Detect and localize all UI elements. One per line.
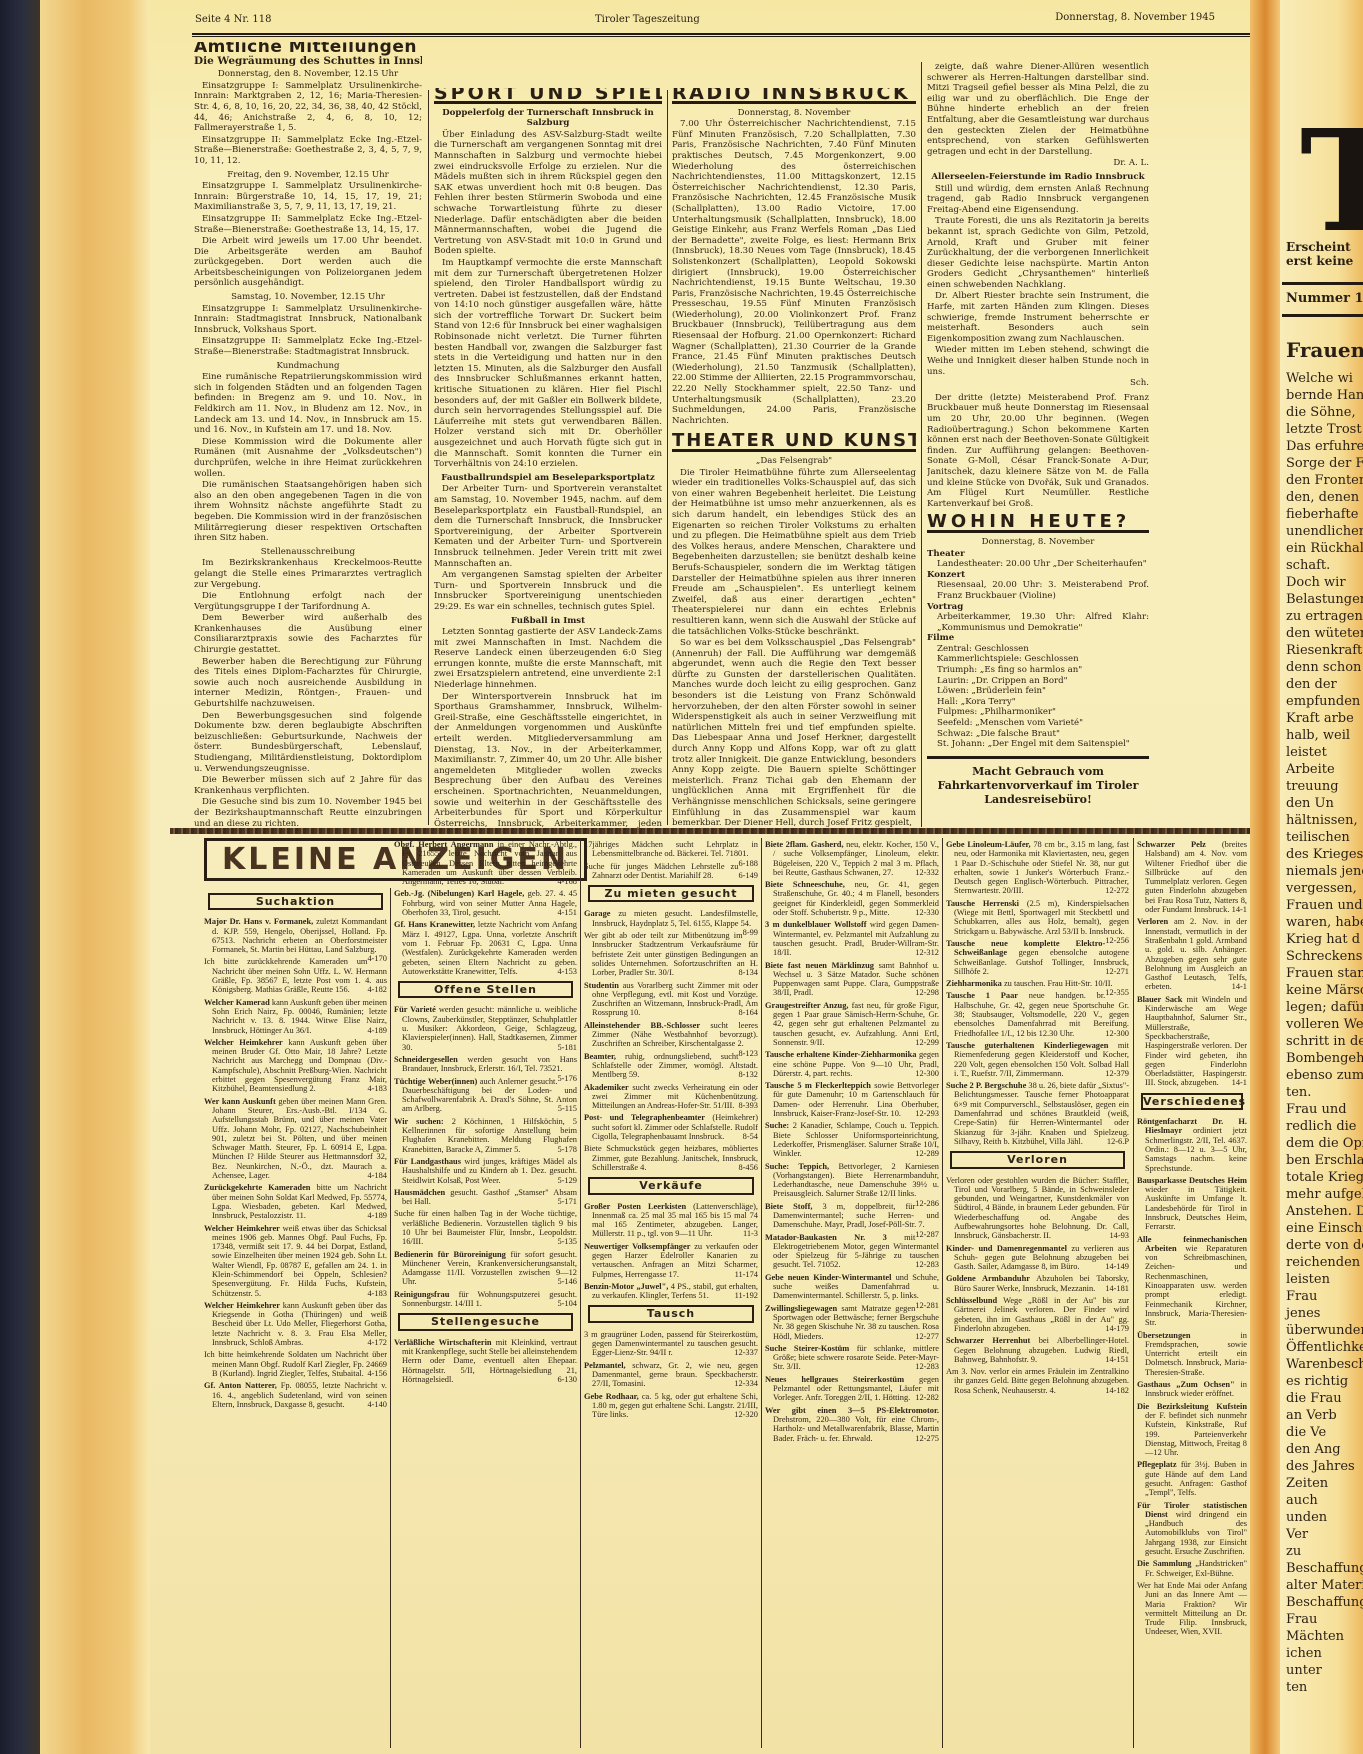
next-page-line: reichenden	[1286, 1256, 1360, 1270]
next-page-line: des Jahres	[1286, 1460, 1355, 1474]
ad-keyword: Zurückgekehrte Kameraden	[204, 1183, 310, 1192]
next-page-line: leisten	[1286, 1273, 1330, 1287]
next-page-line: Ver	[1286, 1528, 1308, 1542]
ad-keyword: Akademiker	[584, 1083, 629, 1092]
allerseelen-paragraph: Traute Foresti, die uns als Rezitatorin …	[927, 216, 1149, 290]
classified-ad: Obgf. Herbert Angermann in einer Nachr.-…	[394, 840, 577, 886]
ad-code: 5-135	[557, 1237, 577, 1246]
ad-keyword: Suche:	[765, 1121, 789, 1130]
classified-ad: Kinder- und Damenregenmantel zu verliere…	[946, 1244, 1129, 1272]
next-page-edge: T Erscheint erst keine Nummer 1 Frauen W…	[1280, 0, 1363, 1754]
wohin-date: Donnerstag, 8. November	[927, 537, 1149, 548]
classified-ad: Suche für junges Mädchen Lehrstelle zu Z…	[584, 862, 758, 881]
ad-code: 4-182	[367, 985, 387, 994]
classified-ad: Suche Steirer-Kostüm für schlanke, mittl…	[765, 1344, 939, 1372]
classified-ad: Biete Schmuckstück gegen heizbares, möbl…	[584, 1144, 758, 1172]
classified-category: Verschiedenes	[1141, 1093, 1243, 1110]
classified-ad: Tausche erhaltene Kinder-Ziehharmonika g…	[765, 1050, 939, 1078]
page-number: Seite 4 Nr. 118	[195, 14, 272, 25]
ad-code: 12-355	[1105, 988, 1129, 997]
next-page-line: redlich die	[1286, 1120, 1357, 1134]
ad-keyword: Post- und Telegraphenbeamter	[584, 1113, 705, 1122]
issue-number: Nummer 1	[1286, 292, 1363, 306]
ad-keyword: Benzin-Motor „Juwel",	[584, 1282, 668, 1291]
next-page-line: Belastungen	[1286, 593, 1363, 607]
article-headline: Doppelerfolg der Turnerschaft Innsbruck …	[434, 108, 662, 129]
wohin-listings: TheaterLandestheater: 20.00 Uhr „Der Sch…	[927, 549, 1149, 750]
ad-code: 12-286	[915, 1199, 939, 1208]
next-page-line: halb, weil	[1286, 729, 1350, 743]
ad-text: zu mieten gesucht. Landesfilmstelle, Inn…	[592, 909, 758, 927]
next-page-line: volleren We	[1286, 1018, 1363, 1032]
book-binding	[0, 0, 40, 1754]
ad-code: 12-275	[915, 1434, 939, 1443]
classified-ad: Neuwertiger Volksempfänger zu verkaufen …	[584, 1242, 758, 1279]
ad-keyword: Gf. Hans Kranewitter,	[394, 920, 475, 929]
ad-text: Am 3. Nov. verlor ein armes Fräulein im …	[946, 1367, 1129, 1395]
ad-keyword: Verläßliche Wirtschafterin	[394, 1338, 492, 1347]
ad-code: 12-281	[915, 1301, 939, 1310]
ad-keyword: Welcher Heimkehrer	[204, 1224, 280, 1233]
classified-ad: Verläßliche Wirtschafterin mit Kleinkind…	[394, 1338, 577, 1384]
classified-ad: Goldene Armbanduhr Abzuholen bei Taborsk…	[946, 1274, 1129, 1293]
next-page-line: Frau	[1286, 1290, 1317, 1304]
masthead-rule	[1282, 314, 1363, 317]
classifieds-column: 17jähriges Mädchen sucht Lehrplatz in Le…	[584, 840, 758, 1748]
ad-keyword: Neues hellgraues Steirerkostüm	[765, 1375, 904, 1384]
classified-ad: Für Tiroler statistischen Dienst wird dr…	[1137, 1501, 1247, 1557]
paragraph: Der Arbeiter Turn- und Sportverein veran…	[434, 484, 662, 569]
ad-keyword: Gf. Anton Natterer,	[204, 1381, 277, 1390]
ad-keyword: Welcher Heimkehrer	[204, 1301, 280, 1310]
classified-ad: Gebe neuen Kinder-Wintermantel und Schuh…	[765, 1273, 939, 1301]
ad-keyword: Für Varieté	[394, 1005, 436, 1014]
ad-text: kann Auskunft geben über meinen Bruder G…	[212, 1038, 387, 1093]
next-page-line: Anstehen. Di	[1286, 1205, 1363, 1219]
classified-ad: Geb.-Jg. (Nibelungen) Karl Hagele, geb. …	[394, 889, 577, 917]
classified-category: Verkäufe	[588, 1177, 754, 1194]
next-page-line: Welche wi	[1286, 372, 1353, 386]
ad-code: 4-189	[367, 1026, 387, 1035]
ad-code: 14-93	[1109, 1231, 1129, 1240]
amtliche-mitteilungen-column: Amtliche Mitteilungen Die Wegräumung des…	[194, 42, 422, 827]
next-page-line: zu ertragen	[1286, 610, 1363, 624]
ad-code: 14-149	[1105, 1262, 1129, 1271]
page-gutter	[40, 0, 150, 1754]
classified-ad: Alle feinmechanischen Arbeiten wie Repar…	[1137, 1235, 1247, 1328]
sport-column: SPORT UND SPIEL Doppelerfolg der Turners…	[434, 88, 662, 828]
next-page-line: unter	[1286, 1664, 1322, 1678]
classified-ad: Akademiker sucht zwecks Verheiratung ein…	[584, 1083, 758, 1111]
classified-category: Suchaktion	[208, 893, 383, 910]
paragraph: Am vergangenen Samstag spielten der Arbe…	[434, 570, 662, 612]
classified-ad: Tausche 1 Paar neue handgen. br. Halbsch…	[946, 991, 1129, 1037]
classified-category: Offene Stellen	[398, 981, 573, 998]
classified-ad: 3 m graugrüner Loden, passend für Steire…	[584, 1330, 758, 1358]
classifieds-column: Schwarzer Pelz (breites Halsband) am 4. …	[1137, 840, 1247, 1748]
paragraph: Im Hauptkampf vermochte die erste Mannsc…	[434, 258, 662, 470]
next-page-line: waren, haben	[1286, 916, 1363, 930]
next-page-line: den, denen	[1286, 491, 1359, 505]
ad-code: 4-140	[367, 1400, 387, 1409]
ad-code: 4-168	[557, 877, 577, 886]
ad-code: 12-6.P	[1107, 1137, 1129, 1146]
ad-keyword: Gebe Linoleum-Läufer,	[946, 840, 1031, 849]
classified-ad: Wer kann Auskunft geben über meinen Mann…	[204, 1097, 387, 1181]
next-page-line: fieberhafte	[1286, 508, 1358, 522]
ad-keyword: Tausche Herrenski	[946, 899, 1019, 908]
classified-ad: Studentin aus Vorarlberg sucht Zimmer mi…	[584, 981, 758, 1018]
ad-keyword: Reinigungsfrau	[394, 1290, 449, 1299]
next-page-line: totale Krieg	[1286, 1171, 1363, 1185]
ad-code: 12-283	[915, 1362, 939, 1371]
ad-keyword: Wer gibt einen 3—5 PS-Elektromotor.	[765, 1406, 939, 1415]
classified-ad: Garage zu mieten gesucht. Landesfilmstel…	[584, 909, 758, 928]
next-page-line: den der	[1286, 678, 1337, 692]
travel-agency-promo: Macht Gebrauch vom Fahrkartenvorverkauf …	[927, 756, 1149, 807]
classifieds-column: SuchaktionMajor Dr. Hans v. Formanek, zu…	[204, 888, 387, 1748]
classified-ad: Biete Stoff, 3 m, doppelbreit, für Damen…	[765, 1202, 939, 1230]
ad-keyword: Gasthaus „Zum Ochsen"	[1137, 1380, 1235, 1389]
ad-keyword: Suche Steirer-Kostüm	[765, 1344, 849, 1353]
ad-code: 4-156	[367, 1369, 387, 1378]
sport-body: Doppelerfolg der Turnerschaft Innsbruck …	[434, 108, 662, 828]
listing-item: Seefeld: „Menschen vom Varieté"	[927, 718, 1149, 729]
classified-ad: Verloren oder gestohlen wurden die Büche…	[946, 1176, 1129, 1241]
masthead-rule	[1282, 282, 1363, 285]
ad-code: 12-256	[1105, 936, 1129, 945]
column-rule	[390, 888, 391, 1748]
author-signature: Dr. A. L.	[927, 158, 1149, 169]
ad-code: 6-149	[738, 871, 758, 880]
classified-ad: Tausche neue komplette Elektro-Schweißan…	[946, 939, 1129, 976]
next-page-line: eine Einschr	[1286, 1222, 1363, 1236]
subheading: Samstag, 10. November, 12.15 Uhr	[194, 292, 422, 303]
ad-keyword: Tausche guterhaltenen Kinderliegewagen	[946, 1041, 1108, 1050]
next-page-line: zu	[1286, 1545, 1301, 1559]
section-title-amtliche: Amtliche Mitteilungen	[194, 42, 422, 53]
ad-keyword: Zwillingsliegewagen	[765, 1304, 837, 1313]
ad-text: wieder in Tätigkeit. Auskünfte im Umfang…	[1145, 1185, 1247, 1231]
next-page-line: dem die Opf	[1286, 1137, 1363, 1151]
classified-category: Stellengesuche	[398, 1313, 573, 1330]
next-page-line: Sorge der Fr	[1286, 457, 1363, 471]
ad-code: 12-289	[915, 1149, 939, 1158]
ad-code: 4-183	[367, 1084, 387, 1093]
subheading: Stellenausschreibung	[194, 547, 422, 558]
next-page-line: des Krieges	[1286, 848, 1363, 862]
paragraph: Eine rumänische Repatriierungskommission…	[194, 372, 422, 436]
ad-keyword: Studentin	[584, 981, 619, 990]
ad-code: 12-330	[915, 908, 939, 917]
classified-ad: Wir suchen: 2 Köchinnen, 1 Hilfsköchin, …	[394, 1117, 577, 1154]
ad-keyword: Graugestreifter Anzug,	[765, 1001, 849, 1010]
classified-ad: Gf. Anton Natterer, Fp. 08055, letzte Na…	[204, 1381, 387, 1409]
next-page-line: letzte Trost	[1286, 423, 1362, 437]
classified-ad: Wer gibt ab oder teilt zur Mitbenützung …	[584, 931, 758, 977]
ad-keyword: Hausmädchen	[394, 1188, 445, 1197]
next-page-line: vergessen,	[1286, 882, 1357, 896]
paragraph: Die Bewerber müssen sich auf 2 Jahre für…	[194, 775, 422, 796]
masthead-note: erst keine	[1286, 254, 1353, 268]
ad-code: 4-189	[367, 1211, 387, 1220]
paragraph: Einsatzgruppe I. Sammelplatz Ursulinenki…	[194, 181, 422, 213]
ad-code: 12-283	[915, 1260, 939, 1269]
next-page-line: den Ang	[1286, 1443, 1341, 1457]
next-page-line: derte von de	[1286, 1239, 1363, 1253]
ad-keyword: Die Bezirksleitung Kufstein	[1137, 1402, 1247, 1411]
ad-keyword: 3 m dunkelblauer Wollstoff	[765, 920, 867, 929]
ad-code: 5-104	[557, 1299, 577, 1308]
listing-item: Schwaz: „Die falsche Braut"	[927, 729, 1149, 740]
next-page-line: Zeiten	[1286, 1477, 1328, 1491]
classified-ad: Neues hellgraues Steirerkostüm gegen Pel…	[765, 1375, 939, 1403]
classified-category: Zu mieten gesucht	[588, 885, 754, 902]
paragraph: Einsatzgruppe II: Sammelplatz Ecke Ing.-…	[194, 135, 422, 167]
classified-ad: Am 3. Nov. verlor ein armes Fräulein im …	[946, 1367, 1129, 1395]
listing-item: Hall: „Kora Terry"	[927, 697, 1149, 708]
ad-keyword: Tausche 1 Paar	[946, 991, 1018, 1000]
next-page-line: Frau	[1286, 1613, 1317, 1627]
classified-ad: Tüchtige Weber(innen) auch Anlerner gesu…	[394, 1077, 577, 1114]
ad-code: 4-170	[367, 954, 387, 963]
ad-keyword: Obgf. Herbert Angermann	[394, 840, 494, 849]
paragraph: Einsatzgruppe I: Sammelplatz Ursulinenki…	[194, 304, 422, 336]
ad-code: 12-300	[1105, 1029, 1129, 1038]
classified-ad: Biete fast neuen Märklinzug samt Bahnhof…	[765, 961, 939, 998]
paragraph: Im Bezirkskrankenhaus Kreckelmoos-Reutte…	[194, 558, 422, 590]
next-page-line: Warenbeschaff	[1286, 1358, 1363, 1372]
ad-code: 12-277	[915, 1332, 939, 1341]
classified-ad: Bausparkasse Deutsches Heim wieder in Tä…	[1137, 1176, 1247, 1232]
classified-ad: Röntgenfacharzt Dr. H. Hieslmayr ordinie…	[1137, 1117, 1247, 1173]
ad-keyword: Gebe neuen Kinder-Wintermantel	[765, 1273, 891, 1282]
listing-item: Arbeiterkammer, 19.30 Uhr: Alfred Klahr:…	[927, 612, 1149, 633]
radio-theater-column: RADIO INNSBRUCK Donnerstag, 8. November …	[672, 88, 916, 828]
paragraph: Bewerber haben die Berechtigung zur Führ…	[194, 657, 422, 710]
classified-ad: Ich bitte heimkehrende Soldaten um Nachr…	[204, 1350, 387, 1378]
ad-code: 5-129	[557, 1176, 577, 1185]
allerseelen-paragraph: Wieder mitten im Leben stehend, schwingt…	[927, 345, 1149, 377]
article-headline-allerseelen: Allerseelen-Feierstunde im Radio Innsbru…	[927, 172, 1149, 183]
classified-ad: Übersetzungen in Fremdsprachen, sowie Un…	[1137, 1331, 1247, 1377]
ad-code: 12-287	[915, 1230, 939, 1239]
next-page-line: unendlichen	[1286, 525, 1363, 539]
classified-ad: Biete Schneeschuhe, neu, Gr. 41, gegen S…	[765, 880, 939, 917]
author-signature: Sch.	[927, 378, 1149, 389]
ad-text: (breites Halsband) am 4. Nov. vom Wilten…	[1145, 840, 1247, 914]
paragraph: Die rumänischen Staatsangehörigen haben …	[194, 480, 422, 544]
classified-ad: Matador-Baukasten Nr. 3 mit Elektrogetri…	[765, 1233, 939, 1270]
ad-text: Suche für junges Mädchen Lehrstelle zu Z…	[584, 862, 738, 880]
classified-ad: 17jähriges Mädchen sucht Lehrplatz in Le…	[584, 840, 758, 859]
ad-text: Wer hat Ende Mai oder Anfang Juni an das…	[1137, 1581, 1247, 1636]
next-page-line: Schreckens	[1286, 950, 1362, 964]
next-page-line: empfunden	[1286, 695, 1360, 709]
ad-keyword: Biete fast neuen Märklinzug	[765, 961, 874, 970]
classified-ad: Welcher Heimkehrer kann Auskunft geben ü…	[204, 1038, 387, 1094]
ad-text: letzte Nachricht vom Anfang März I. 4912…	[402, 920, 577, 975]
classified-ad: Welcher Kamerad kann Auskunft geben über…	[204, 998, 387, 1035]
paragraph: Einsatzgruppe I: Sammelplatz Ursulinenki…	[194, 81, 422, 134]
ad-code: 12-379	[1105, 1069, 1129, 1078]
classified-ad: Zurückgekehrte Kameraden bitte um Nachri…	[204, 1183, 387, 1220]
listing-item: Fulpmes: „Philharmoniker"	[927, 707, 1149, 718]
ad-keyword: Verloren	[1137, 917, 1168, 926]
section-title-wohin: WOHIN HEUTE?	[927, 517, 1149, 533]
column-rule	[1133, 838, 1134, 1748]
radio-program: 7.00 Uhr Österreichischer Nachrichtendie…	[672, 119, 916, 426]
ad-code: 14-179	[1105, 1324, 1129, 1333]
theater-paragraph: Die Tiroler Heimatbühne führte zum Aller…	[672, 468, 916, 638]
article-headline-schutt: Die Wegräumung des Schuttes in Innsbruck	[194, 56, 422, 67]
ad-code: 12-334	[734, 1379, 758, 1388]
ad-keyword: Suche 2 P. Bergschuhe	[946, 1081, 1026, 1090]
section-title-theater: THEATER UND KUNST	[672, 436, 916, 452]
ad-text: der F. befindet sich nunmehr Kufstein, K…	[1145, 1411, 1247, 1457]
classified-ad: Benzin-Motor „Juwel", 4 PS., stabil, gut…	[584, 1282, 758, 1301]
classified-ad: Die Bezirksleitung Kufstein der F. befin…	[1137, 1402, 1247, 1458]
ad-keyword: Bausparkasse Deutsches Heim	[1137, 1176, 1247, 1185]
classified-ad: Graugestreifter Anzug, fast neu, für gro…	[765, 1001, 939, 1047]
paragraph: Einsatzgruppe II: Sammelplatz Ecke Ing.-…	[194, 336, 422, 357]
ad-keyword: Biete 2flam. Gasherd,	[765, 840, 844, 849]
subheading: Donnerstag, den 8. November, 12.15 Uhr	[194, 69, 422, 80]
newspaper-name: Tiroler Tageszeitung	[595, 14, 700, 25]
classified-ad: Post- und Telegraphenbeamter (Heimkehrer…	[584, 1113, 758, 1141]
allerseelen-paragraph: Still und würdig, dem ernsten Anlaß Rech…	[927, 184, 1149, 216]
column-rule	[761, 838, 762, 1748]
ad-keyword: Tüchtige Weber(innen)	[394, 1077, 477, 1086]
ad-text: Suche für einen halben Tag in der Woche …	[394, 1209, 577, 1246]
ad-code: 4-183	[367, 1289, 387, 1298]
ad-code: 12-332	[915, 868, 939, 877]
ad-code: 12-272	[1105, 886, 1129, 895]
paragraph: Die Arbeit wird jeweils um 17.00 Uhr bee…	[194, 236, 422, 289]
section-title-sport: SPORT UND SPIEL	[434, 88, 662, 104]
classified-ad: Suche 2 P. Bergschuhe 38 u. 26, biete da…	[946, 1081, 1129, 1146]
theater-paragraph: So war es bei dem Volksschauspiel „Das F…	[672, 638, 916, 828]
ad-keyword: Bedienerin für Büroreinigung	[394, 1250, 506, 1259]
classified-ad: Suche: 2 Kanadier, Schlampe, Couch u. Te…	[765, 1121, 939, 1158]
ad-code: 5-176	[557, 1074, 577, 1083]
ad-code: 8-123	[738, 1049, 758, 1058]
ad-keyword: Übersetzungen	[1137, 1331, 1191, 1340]
ad-keyword: Welcher Heimkehrer	[204, 1038, 283, 1047]
classified-ad: Beamter, ruhig, ordnungsliebend, sucht S…	[584, 1052, 758, 1080]
next-page-line: niemals jene	[1286, 865, 1363, 879]
ad-keyword: Schwarzer Herrenhut	[946, 1336, 1030, 1345]
classified-ad: Für Varieté werden gesucht: männliche u.…	[394, 1005, 577, 1051]
next-headline: Frauen	[1286, 338, 1363, 362]
ad-code: 12-271	[1105, 967, 1129, 976]
ad-code: 12-300	[915, 1069, 939, 1078]
ad-code: 12-282	[915, 1393, 939, 1402]
next-page-line: Arbeite	[1286, 763, 1335, 777]
ad-text: 78 cm br., 3.15 m lang, fast neu, oder H…	[954, 840, 1129, 895]
ad-text: wie Reparaturen von Schreibmaschinen, Ze…	[1145, 1244, 1247, 1327]
subheading: Kundmachung	[194, 361, 422, 372]
next-page-line: schritt in de	[1286, 1035, 1363, 1049]
classifieds-column: Obgf. Herbert Angermann in einer Nachr.-…	[394, 840, 577, 1748]
classified-ad: Tausche 5 m Fleckerlteppich sowie Bettvo…	[765, 1081, 939, 1118]
next-page-line: Beschaffung	[1286, 1562, 1363, 1576]
page-header: Seite 4 Nr. 118 Tiroler Tageszeitung Don…	[195, 12, 1145, 32]
ad-keyword: Biete Schneeschuhe,	[765, 880, 845, 889]
ad-code: 14-182	[1105, 1386, 1129, 1395]
column-rule	[580, 838, 581, 1748]
ad-code: 12-320	[734, 1410, 758, 1419]
allerseelen-paragraph: Dr. Albert Riester brachte sein Instrume…	[927, 291, 1149, 344]
ad-keyword: Schwarzer Pelz	[1137, 840, 1206, 849]
next-page-line: keine Märsc	[1286, 984, 1363, 998]
classified-ad: Welcher Heimkehrer kann Auskunft geben ü…	[204, 1301, 387, 1347]
classified-ad: Für Landgasthaus wird junges, kräftiges …	[394, 1157, 577, 1185]
next-page-line: ten	[1286, 1681, 1307, 1695]
meisterabend-notice: Der dritte (letzte) Meisterabend Prof. F…	[927, 393, 1149, 510]
subheading: Freitag, den 9. November, 12.15 Uhr	[194, 170, 422, 181]
ad-keyword: Wir suchen:	[394, 1117, 444, 1126]
ad-keyword: Biete Stoff,	[765, 1202, 812, 1211]
paragraph: Einsatzgruppe II: Sammelplatz Ecke Ing.-…	[194, 214, 422, 235]
classified-ad: Blauer Sack mit Windeln und Kinderwäsche…	[1137, 995, 1247, 1088]
ad-code: 8-164	[738, 1008, 758, 1017]
next-page-line: überwunden	[1286, 1324, 1363, 1338]
paragraph: Die Gesuche sind bis zum 10. November 19…	[194, 797, 422, 827]
ad-text: Wer gibt ab oder teilt zur Mitbenützung …	[584, 931, 758, 977]
theater-continuation: zeigte, daß wahre Diener-Allüren wesentl…	[927, 62, 1149, 157]
classified-ad: Ich bitte zurückkehrende Kameraden um Na…	[204, 957, 387, 994]
ad-text: ruhig, ordnungsliebend, sucht Schlafstel…	[592, 1052, 758, 1080]
listing-item: St. Johann: „Der Engel mit dem Saitenspi…	[927, 739, 1149, 750]
ad-keyword: Tausche erhaltene Kinder-Ziehharmonika	[765, 1050, 916, 1059]
ad-text: am 2. Nov. in der Innenstadt, vermutlich…	[1145, 917, 1247, 991]
ad-code: 8-134	[738, 968, 758, 977]
ad-code: 8-393	[738, 1101, 758, 1110]
classified-ad: Ziehharmonika zu tauschen. Frau Hitt-Str…	[946, 979, 1129, 988]
next-page-line: auch	[1286, 1494, 1318, 1508]
ad-keyword: Für Landgasthaus	[394, 1157, 461, 1166]
ad-text: weiß etwas über das Schicksal meines 190…	[212, 1224, 387, 1298]
classified-ad: Tausche Herrenski (2.5 m), Kinderspielsa…	[946, 899, 1129, 936]
classifieds-column: Gebe Linoleum-Läufer, 78 cm br., 3.15 m …	[946, 840, 1129, 1748]
next-page-line: treuung	[1286, 780, 1339, 794]
listing-category: Filme	[927, 633, 1149, 644]
listing-category: Vortrag	[927, 602, 1149, 613]
listing-item: Laurin: „Dr. Crippen an Bord"	[927, 676, 1149, 687]
classified-ad: Wer gibt einen 3—5 PS-Elektromotor. Dreh…	[765, 1406, 939, 1443]
section-title-radio: RADIO INNSBRUCK	[672, 88, 916, 104]
ad-code: 5-178	[557, 1145, 577, 1154]
ad-text: Ich bitte heimkehrende Soldaten um Nachr…	[204, 1350, 387, 1378]
ad-text: geben über meinen Mann Gren. Johann Steu…	[212, 1097, 387, 1180]
next-page-line: alter Materi	[1286, 1579, 1363, 1593]
ad-keyword: Goldene Armbanduhr	[946, 1274, 1030, 1283]
ad-code: 8-456	[738, 1163, 758, 1172]
classified-ad: Gasthaus „Zum Ochsen" in Innsbruck wiede…	[1137, 1380, 1247, 1399]
listing-item: Kammerlichtspiele: Geschlossen	[927, 654, 1149, 665]
ad-code: 14-181	[1105, 1284, 1129, 1293]
classified-ad: Schneidergesellen werden gesucht von Han…	[394, 1055, 577, 1074]
classified-ad: Tausche guterhaltenen Kinderliegewagen m…	[946, 1041, 1129, 1078]
ad-code: 6-130	[557, 1375, 577, 1384]
masthead-note: Erscheint	[1286, 240, 1351, 254]
column-rule	[667, 90, 668, 825]
next-page-line: Kraft arbe	[1286, 712, 1354, 726]
next-page-line: Doch wir	[1286, 576, 1346, 590]
page-fold	[1250, 0, 1280, 1754]
next-page-line: ten.	[1286, 1086, 1311, 1100]
